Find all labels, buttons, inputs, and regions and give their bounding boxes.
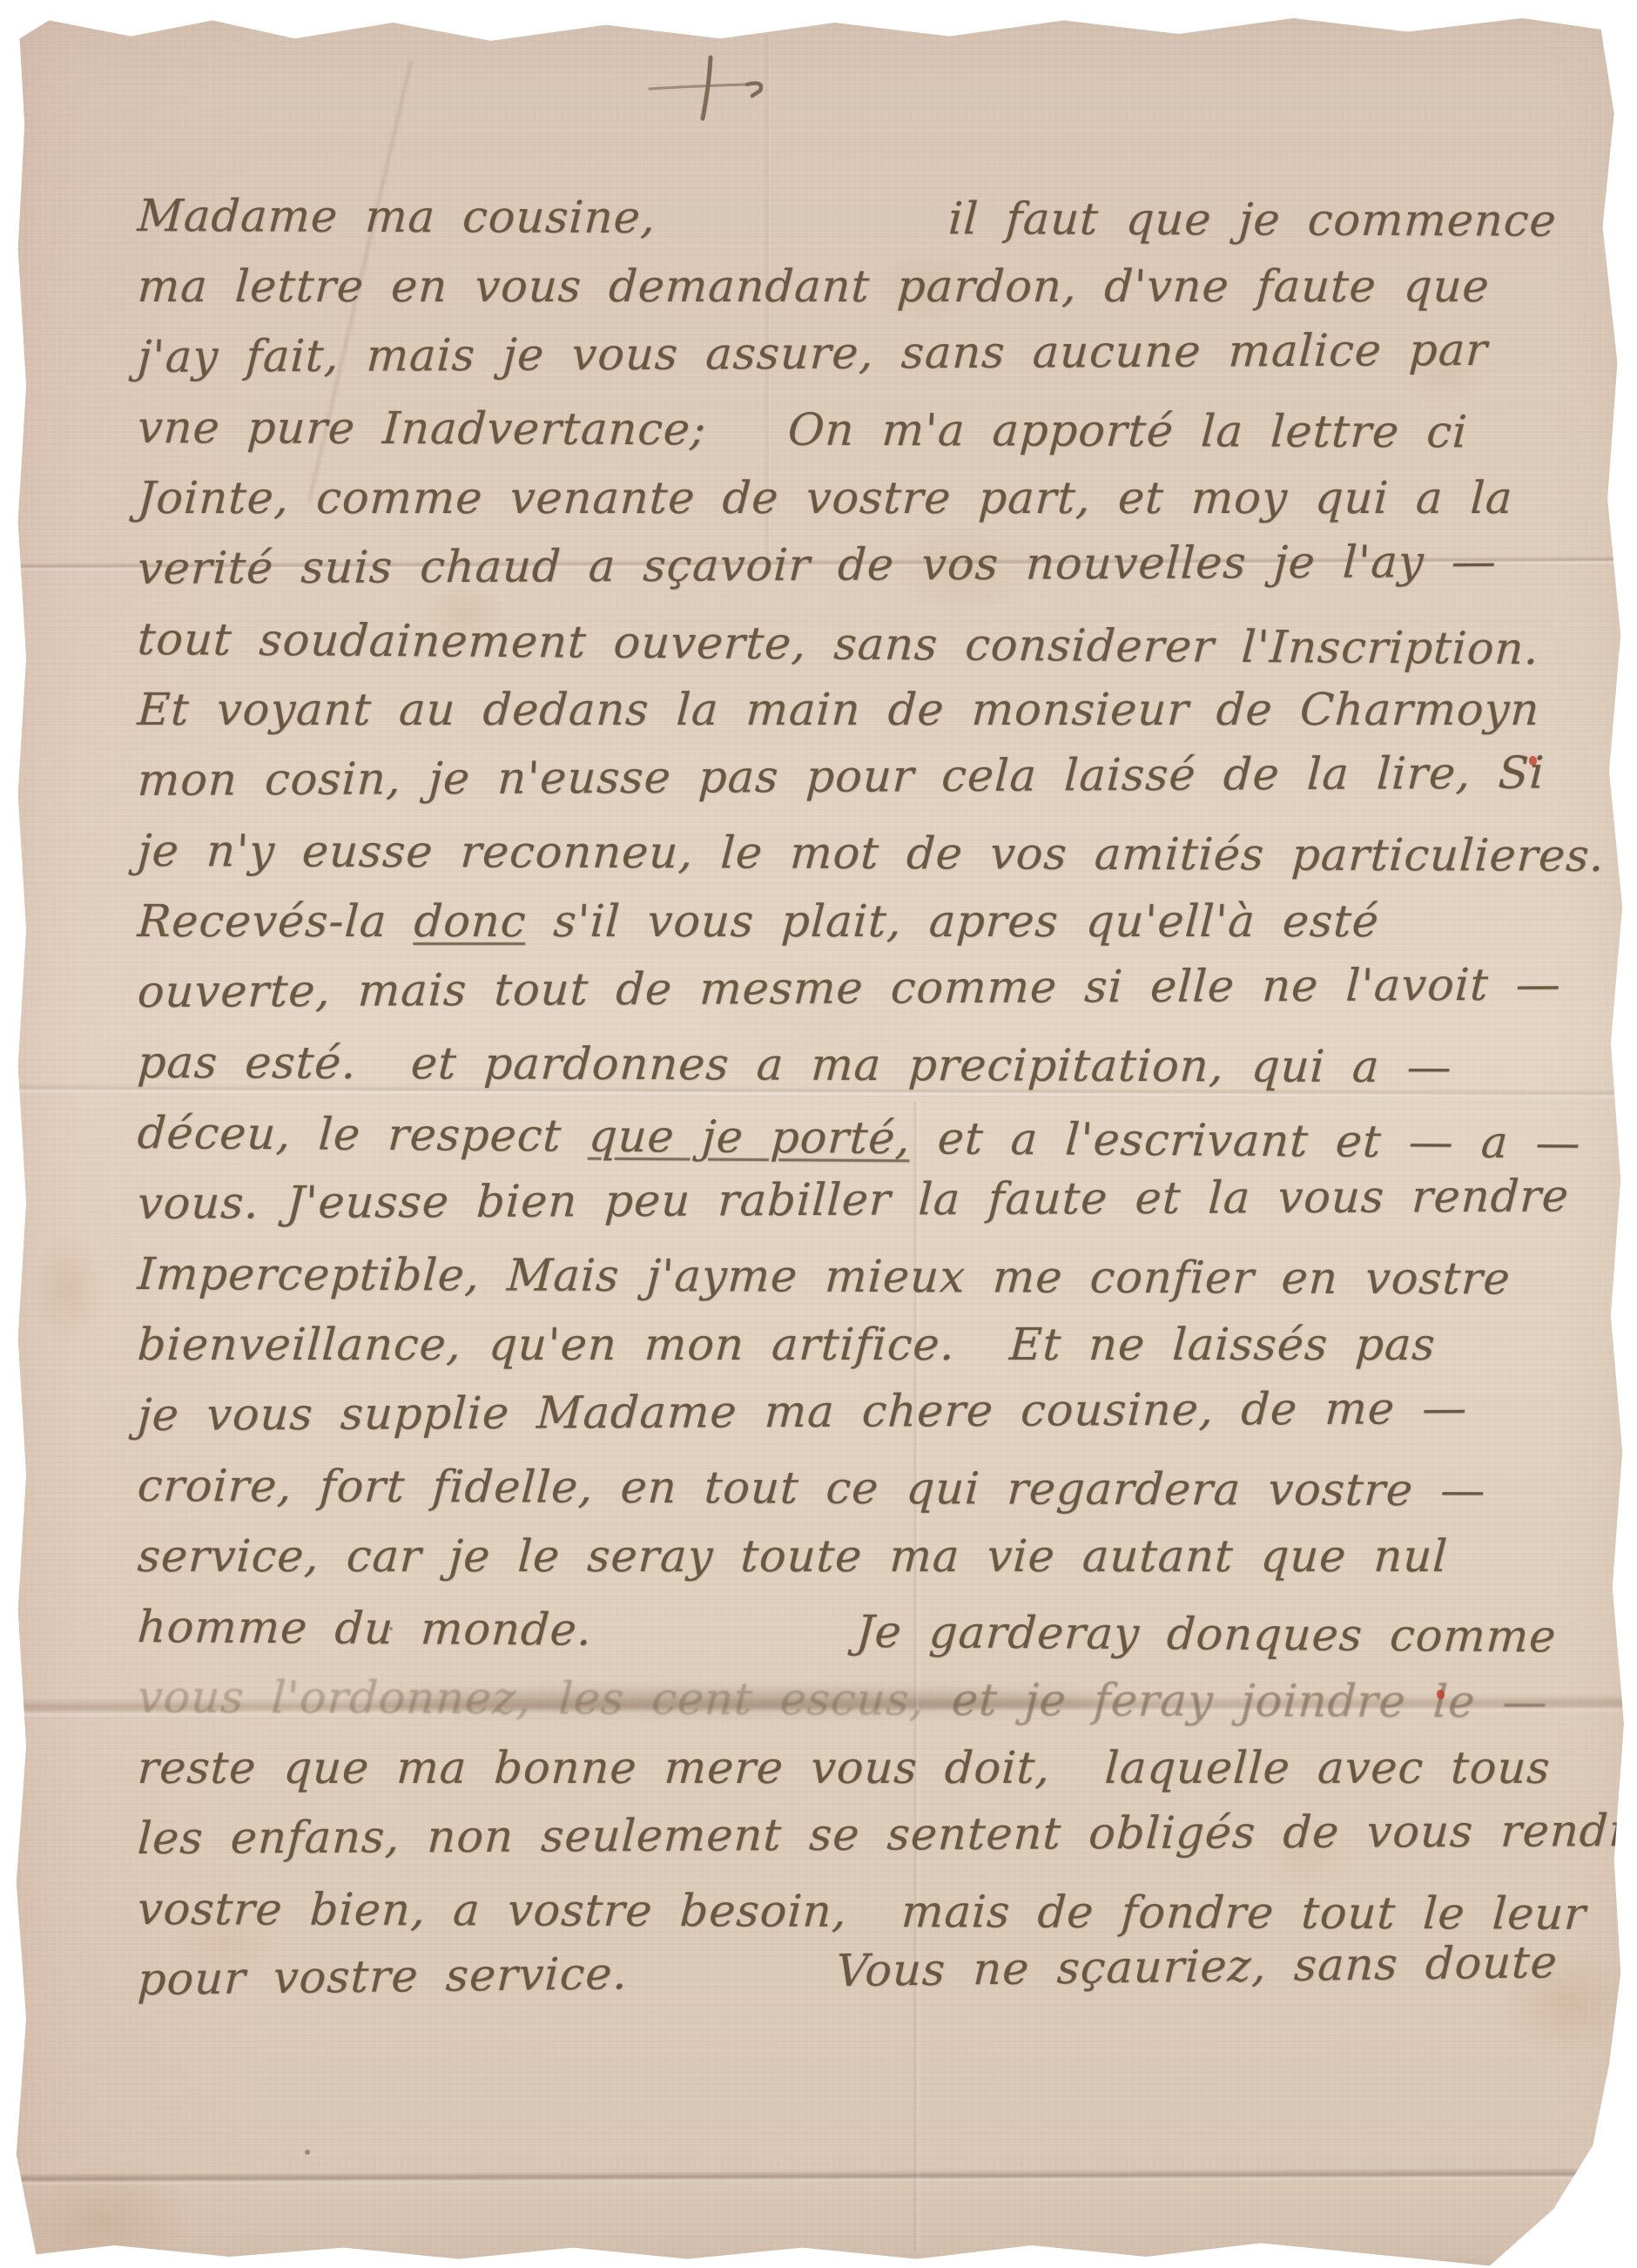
letter-line: les enfans, non seulement se sentent obl… <box>136 1796 1559 1874</box>
letter-line: mon cosin, je n'eusse pas pour cela lais… <box>136 738 1559 816</box>
cross-mark <box>643 52 799 131</box>
letter-line-segment: Jointe, comme venante de vostre part, et… <box>136 463 1515 534</box>
letter-line: Et voyant au dedans la main de monsieur … <box>136 675 1559 746</box>
letter-line-segment: Imperceptible, Mais j'ayme mieux me conf… <box>136 1239 1512 1315</box>
letter-line-segment: déceu, le respect <box>136 1098 591 1172</box>
letter-line-segment: croire, fort fidelle, en tout ce qui reg… <box>136 1451 1488 1526</box>
letter-line: Jointe, comme venante de vostre part, et… <box>136 463 1559 534</box>
letter-line-segment: je n'y eusse reconneu, le mot de vos ami… <box>136 816 1607 892</box>
letter-line-segment: pour vostre service. <box>136 1939 629 2015</box>
letter-line-segment: ouverte, mais tout de mesme comme si ell… <box>136 949 1563 1028</box>
letter-line-segment: j'ay fait, mais je vous assure, sans auc… <box>136 315 1489 393</box>
letter-line-segment: Vous ne sçauriez, sans doute <box>835 1927 1560 2007</box>
horizontal-fold-crease <box>0 2168 1637 2186</box>
letter-text: Madame ma cousine,il faut que je commenc… <box>138 181 1557 2015</box>
letter-line: j'ay fait, mais je vous assure, sans auc… <box>136 314 1559 393</box>
letter-line: ouverte, mais tout de mesme comme si ell… <box>136 949 1559 1028</box>
letter-line: Imperceptible, Mais j'ayme mieux me conf… <box>136 1239 1559 1315</box>
letter-line-segment: Et voyant au dedans la main de monsieur … <box>136 675 1542 746</box>
letter-line: je vous supplie Madame ma chere cousine,… <box>136 1373 1559 1451</box>
letter-line-segment: homme du monde. <box>136 1592 595 1666</box>
letter-line: Madame ma cousine,il faut que je commenc… <box>136 181 1559 257</box>
letter-line-segment: Je garderay donques comme <box>854 1597 1559 1673</box>
letter-line-segment: il faut que je commence <box>946 184 1559 256</box>
letter-line-segment: bienveillance, qu'en mon artifice. Et ne… <box>136 1310 1438 1380</box>
letter-line-segment: ma lettre en vous demandant pardon, d'vn… <box>136 252 1492 322</box>
ink-speck <box>389 1627 393 1630</box>
letter-line-segment: Recevés-la <box>136 887 416 957</box>
letter-line-segment: vous l'ordonnez, les cent escus, <box>136 1663 926 1736</box>
letter-line-segment: verité suis chaud a sçavoir de vos nouve… <box>136 527 1499 604</box>
letter-line: verité suis chaud a sçavoir de vos nouve… <box>136 526 1559 604</box>
letter-line: ma lettre en vous demandant pardon, d'vn… <box>136 252 1559 322</box>
letter-line: bienveillance, qu'en mon artifice. Et ne… <box>136 1310 1559 1380</box>
letter-line: vous l'ordonnez, les cent escus, et je f… <box>136 1663 1559 1738</box>
letter-paper-sheet: Madame ma cousine,il faut que je commenc… <box>0 0 1637 2268</box>
letter-line-segment: je vous supplie Madame ma chere cousine,… <box>136 1374 1469 1451</box>
red-speck <box>1437 1690 1445 1699</box>
letter-line-segment: pas esté. et pardonnes a ma precipitatio… <box>136 1028 1454 1103</box>
letter-line: vous. J'eusse bien peu rabiller la faute… <box>136 1161 1559 1239</box>
letter-line-segment: reste que ma bonne mere vous doit, laque… <box>136 1733 1553 1804</box>
letter-line-segment: et je feray joindre le — <box>923 1665 1550 1738</box>
letter-line: tout soudainement ouverte, sans consider… <box>136 604 1559 685</box>
letter-line: vne pure Inadvertance; On m'a apporté la… <box>136 393 1559 469</box>
letter-line: reste que ma bonne mere vous doit, laque… <box>136 1733 1559 1804</box>
letter-line: croire, fort fidelle, en tout ce qui reg… <box>136 1451 1559 1527</box>
letter-line: Recevés-la donc s'il vous plait, apres q… <box>136 887 1559 957</box>
letter-line: service, car je le seray toute ma vie au… <box>136 1522 1559 1592</box>
letter-line-segment: tout soudainement ouverte, sans consider… <box>136 604 1542 685</box>
letter-line-segment: les enfans, non seulement se sentent obl… <box>136 1796 1637 1874</box>
ink-speck <box>965 559 969 564</box>
letter-line-segment: s'il vous plait, apres qu'ell'à esté <box>524 887 1381 957</box>
letter-line-segment: que je porté, <box>587 1102 913 1175</box>
letter-line-segment: mon cosin, je n'eusse pas pour cela lais… <box>136 739 1546 816</box>
ink-speck <box>305 2150 310 2155</box>
letter-line-segment: vne pure Inadvertance; On m'a apporté la… <box>136 393 1470 468</box>
letter-line-segment: service, car je le seray toute ma vie au… <box>136 1522 1450 1592</box>
letter-line-segment: donc <box>413 887 529 957</box>
red-speck <box>1529 756 1537 766</box>
letter-line-segment: Madame ma cousine, <box>136 181 658 253</box>
letter-line: pas esté. et pardonnes a ma precipitatio… <box>136 1028 1559 1104</box>
letter-line-segment: vous. J'eusse bien peu rabiller la faute… <box>136 1161 1571 1239</box>
letter-line: je n'y eusse reconneu, le mot de vos ami… <box>136 816 1559 892</box>
letter-line: homme du monde.Je garderay donques comme <box>136 1592 1559 1672</box>
